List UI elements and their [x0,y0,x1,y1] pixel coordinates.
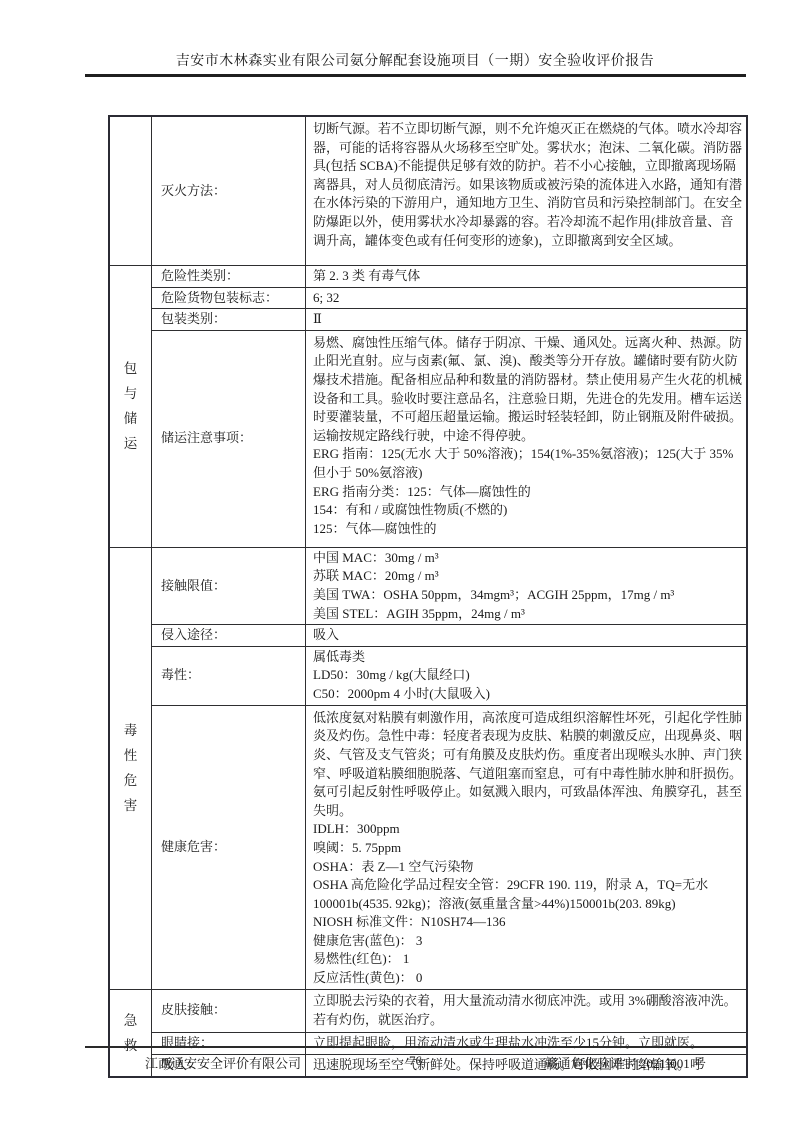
field-value-hazard-class: 第 2. 3 类 有毒气体 [306,266,748,288]
field-value-packing-class: Ⅱ [306,309,748,331]
field-value-packing-mark: 6; 32 [306,287,748,309]
report-title: 吉安市木林森实业有限公司氨分解配套设施项目（一期）安全验收评价报告 [85,50,745,70]
table-row: 危险货物包装标志： 6; 32 [109,287,747,309]
table-row: 灭火方法： 切断气源。若不立即切断气源，则不允许熄灭正在燃烧的气体。喷水冷却容器… [109,116,747,266]
group-label-aid: 急救 [123,1008,138,1058]
page-footer: 江西通安安全评价有限公司 76 赣通危化验评字[2021]001 号 [85,1053,746,1075]
group-cell-empty [109,116,152,266]
field-label-invasion-route: 侵入途径： [152,625,306,647]
field-value-health-hazard: 低浓度氨对粘膜有刺激作用，高浓度可造成组织溶解性坏死，引起化学性肺炎及灼伤。急性… [306,705,748,989]
table-row: 包装类别： Ⅱ [109,309,747,331]
table-row: 健康危害： 低浓度氨对粘膜有刺激作用，高浓度可造成组织溶解性坏死，引起化学性肺炎… [109,705,747,989]
field-value-eye-contact: 立即提起眼睑，用流动清水或生理盐水冲洗至少15分钟。立即就医。 [306,1032,748,1054]
field-label-health-hazard: 健康危害： [152,705,306,989]
report-page: { "header": { "title": "吉安市木林森实业有限公司氨分解配… [0,0,800,1131]
field-label-exposure-limit: 接触限值： [152,547,306,624]
field-value-invasion-route: 吸入 [306,625,748,647]
table-row: 侵入途径： 吸入 [109,625,747,647]
field-label-storage-notes: 储运注意事项： [152,330,306,547]
field-label-hazard-class: 危险性类别： [152,266,306,288]
header-divider [85,74,746,77]
field-label-eye-contact: 眼睛接： [152,1032,306,1054]
table-row: 毒性危害 接触限值： 中国 MAC：30mg / m³ 苏联 MAC：20mg … [109,547,747,624]
table-row: 包与储运 危险性类别： 第 2. 3 类 有毒气体 [109,266,747,288]
group-cell-storage: 包与储运 [109,266,152,548]
footer-divider [85,1046,746,1048]
field-label-toxicity: 毒性： [152,646,306,705]
field-value-toxicity: 属低毒类 LD50：30mg / kg(大鼠经口) C50：2000pm 4 小… [306,646,748,705]
field-value-storage-notes: 易燃、腐蚀性压缩气体。储存于阴凉、干燥、通风处。远离火种、热源。防止阳光直射。应… [306,330,748,547]
table-row: 眼睛接： 立即提起眼睑，用流动清水或生理盐水冲洗至少15分钟。立即就医。 [109,1032,747,1054]
field-value-skin-contact: 立即脱去污染的衣着，用大量流动清水彻底冲洗。或用 3%硼酸溶液冲洗。若有灼伤，就… [306,989,748,1032]
field-label-packing-class: 包装类别： [152,309,306,331]
group-label-storage: 包与储运 [123,356,138,456]
table-row: 毒性： 属低毒类 LD50：30mg / kg(大鼠经口) C50：2000pm… [109,646,747,705]
group-cell-toxic: 毒性危害 [109,547,152,989]
field-value-fire-method: 切断气源。若不立即切断气源，则不允许熄灭正在燃烧的气体。喷水冷却容器，可能的话将… [306,116,748,266]
field-value-exposure-limit: 中国 MAC：30mg / m³ 苏联 MAC：20mg / m³ 美国 TWA… [306,547,748,624]
field-label-fire-method: 灭火方法： [152,116,306,266]
table-row: 储运注意事项： 易燃、腐蚀性压缩气体。储存于阴凉、干燥、通风处。远离火种、热源。… [109,330,747,547]
group-label-toxic: 毒性危害 [123,718,138,818]
table-row: 急救 皮肤接触： 立即脱去污染的衣着，用大量流动清水彻底冲洗。或用 3%硼酸溶液… [109,989,747,1032]
msds-table: 灭火方法： 切断气源。若不立即切断气源，则不允许熄灭正在燃烧的气体。喷水冷却容器… [108,115,748,1078]
field-label-packing-mark: 危险货物包装标志： [152,287,306,309]
footer-doc-number: 赣通危化验评字[2021]001 号 [545,1053,706,1072]
field-label-skin-contact: 皮肤接触： [152,989,306,1032]
